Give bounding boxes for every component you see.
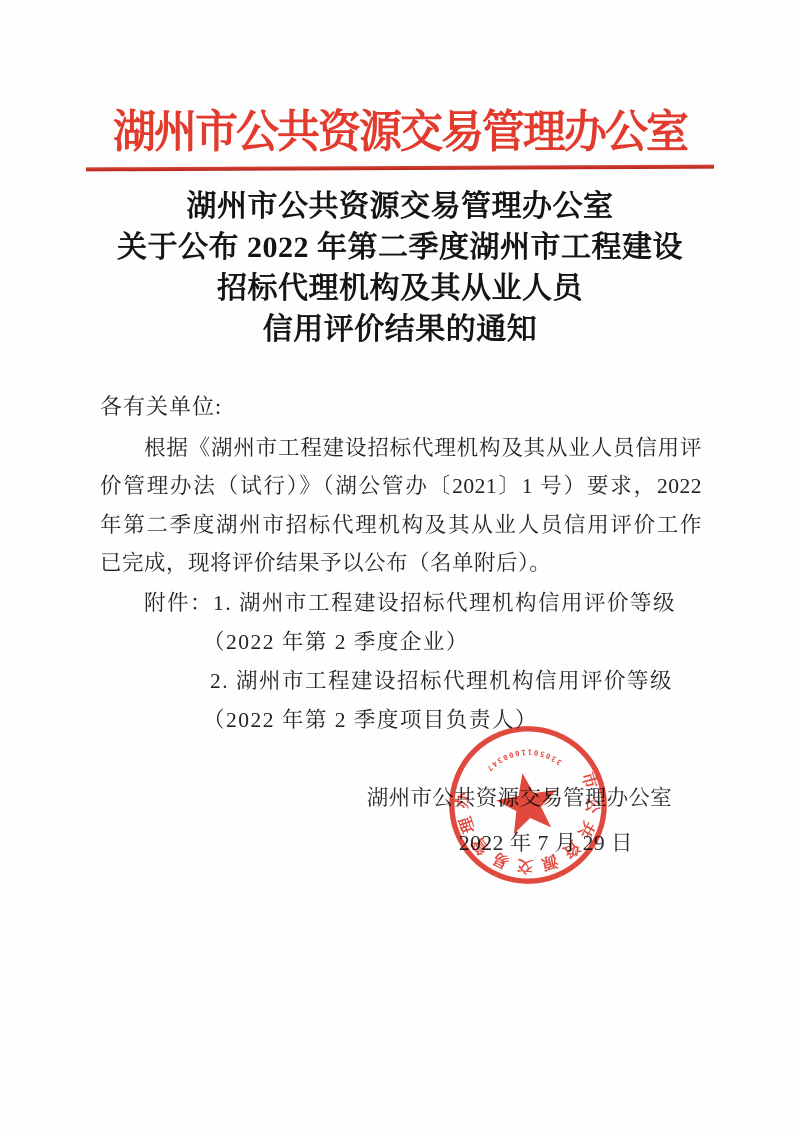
paragraph-line: 已完成，现将评价结果予以公布（名单附后）。 [100, 544, 702, 582]
official-seal: 湖州市公共资源交易管理办公室 3305011000347 [445, 722, 611, 888]
document-page: 湖州市公共资源交易管理办公室 湖州市公共资源交易管理办公室 关于公布 2022 … [0, 0, 800, 1131]
seal-organization-text: 湖州市公共资源交易管理办公室 [451, 768, 611, 888]
letterhead-rule [86, 165, 714, 172]
salutation: 各有关单位: [100, 390, 222, 421]
paragraph-line: 年第二季度湖州市招标代理机构及其从业人员信用评价工作 [100, 506, 702, 544]
document-title: 湖州市公共资源交易管理办公室 关于公布 2022 年第二季度湖州市工程建设 招标… [0, 186, 800, 350]
body-paragraph: 根据《湖州市工程建设招标代理机构及其从业人员信用评 价管理办法（试行）》（湖公管… [100, 429, 702, 583]
paragraph-line: 根据《湖州市工程建设招标代理机构及其从业人员信用评 [100, 429, 702, 467]
attachment-line: （2022 年第 2 季度企业） [144, 623, 714, 662]
paragraph-line: 价管理办法（试行）》（湖公管办〔2021〕1 号）要求，2022 [100, 467, 702, 505]
letterhead-title: 湖州市公共资源交易管理办公室 [0, 96, 800, 160]
attachment-line: 2. 湖州市工程建设招标代理机构信用评价等级 [144, 662, 714, 701]
document-title-line-1: 湖州市公共资源交易管理办公室 [0, 186, 800, 227]
seal-star-icon [496, 773, 556, 834]
document-title-line-3: 招标代理机构及其从业人员 [0, 268, 800, 309]
seal-code-text: 3305011000347 [482, 744, 564, 775]
document-title-line-2: 关于公布 2022 年第二季度湖州市工程建设 [0, 227, 800, 268]
attachment-line: 附件：1. 湖州市工程建设招标代理机构信用评价等级 [144, 584, 714, 623]
document-title-line-4: 信用评价结果的通知 [0, 309, 800, 350]
attachments-list: 附件：1. 湖州市工程建设招标代理机构信用评价等级 （2022 年第 2 季度企… [144, 584, 714, 740]
attachment-line: （2022 年第 2 季度项目负责人） [144, 701, 714, 740]
